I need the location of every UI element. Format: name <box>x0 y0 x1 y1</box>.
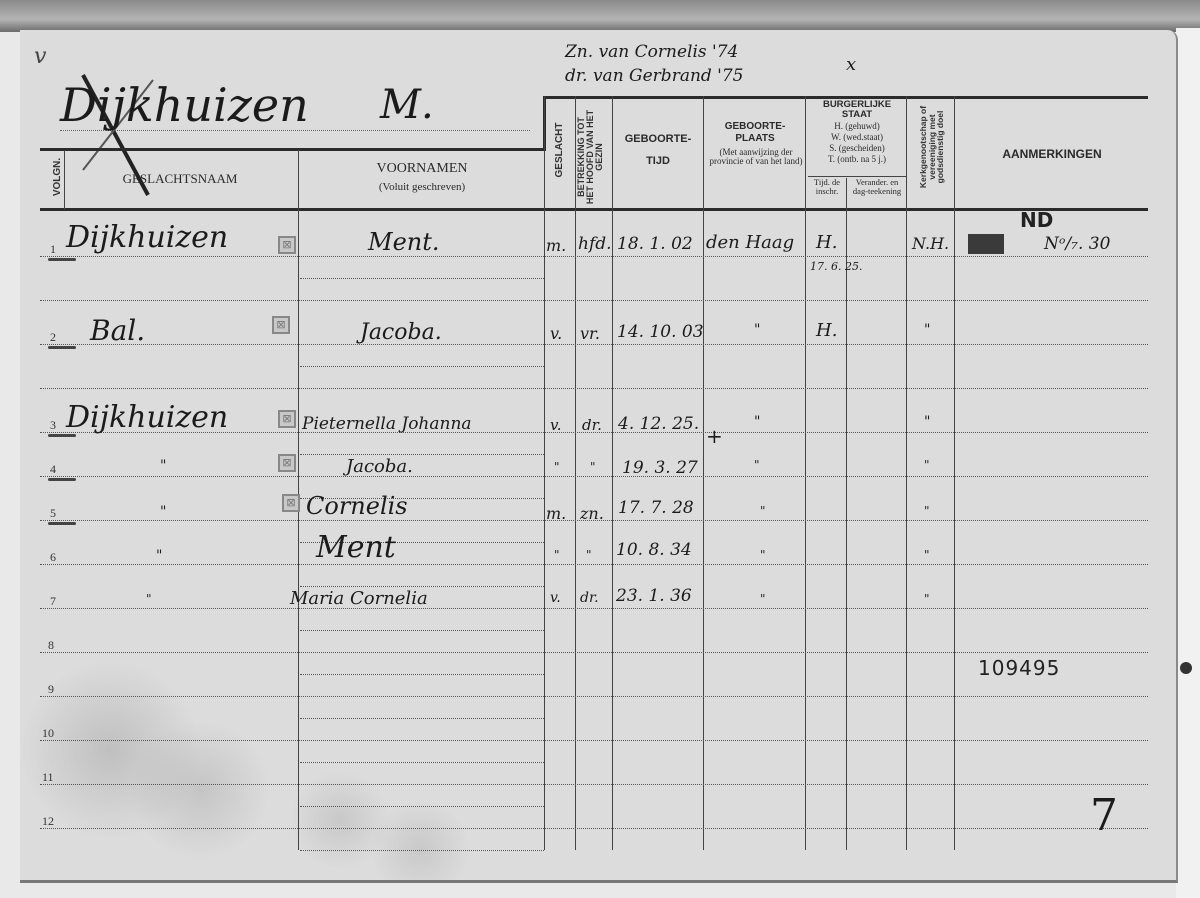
header-bs-t: T. (ontb. na 5 j.) <box>808 155 906 164</box>
row-subrule-12a <box>300 850 544 851</box>
header-bs-s: S. (gescheiden) <box>808 144 906 153</box>
cell-firstname: Ment <box>316 530 396 565</box>
cell-relation: zn. <box>580 504 604 523</box>
cell-sex: m. <box>546 236 566 255</box>
header-volgn: VOLGN. <box>53 147 63 207</box>
row-rule-7 <box>40 608 1148 609</box>
col-line-kerkgenootschap <box>954 96 955 850</box>
punch-hole-icon <box>1180 662 1192 674</box>
header-kerkgenootschap: Kerkgenootschap of vereeniging met godsd… <box>919 91 953 203</box>
header-geslacht: GESLACHT <box>555 115 565 185</box>
checked-box-icon: ⊠ <box>282 494 300 512</box>
top-note-line-1: Zn. van Cornelis '74 <box>565 42 738 62</box>
cell-birthplace: " <box>760 592 766 606</box>
header-geboortetijd-1: GEBOORTE- <box>614 134 702 146</box>
cell-religion: " <box>924 592 930 606</box>
checked-box-icon: ⊠ <box>278 236 296 254</box>
row-subrule-7a <box>300 630 544 631</box>
cell-relation: dr. <box>580 590 599 606</box>
cell-firstname: Jacoba. <box>346 456 413 477</box>
col-line-volgn <box>64 150 65 210</box>
header-aanmerkingen: AANMERKINGEN <box>956 148 1148 161</box>
header-voornamen: VOORNAMEN <box>300 162 544 177</box>
cell-sex: " <box>554 460 560 474</box>
col-line-bs-tijd <box>846 178 847 850</box>
cell-birthdate: 17. 7. 28 <box>618 498 694 518</box>
cell-surname: Dijkhuizen <box>66 220 228 255</box>
row-subrule-1a <box>300 278 544 279</box>
row-number-empty: 10 <box>42 726 54 741</box>
redacted-block <box>968 234 1004 254</box>
row-rule-4 <box>40 476 1148 477</box>
cell-sex: m. <box>546 504 566 523</box>
row-marker <box>48 258 76 261</box>
checked-box-icon: ⊠ <box>272 316 290 334</box>
cell-firstname: Ment. <box>368 228 440 256</box>
row-number-empty: 12 <box>42 814 54 829</box>
cell-birthplace: den Haag <box>706 232 794 253</box>
population-register-card: v Dijkhuizen M. Zn. van Cornelis '74 dr.… <box>20 30 1178 883</box>
scanner-top-edge <box>0 0 1200 32</box>
top-x-mark: x <box>846 54 856 75</box>
cell-birthplace: " <box>754 322 760 338</box>
row-number-empty: 8 <box>48 638 54 653</box>
cell-surname: " <box>156 548 162 564</box>
cell-birthplace: " <box>754 414 760 430</box>
cell-firstname: Jacoba. <box>360 320 442 345</box>
cell-birthdate: 14. 10. 03 <box>617 322 704 342</box>
archive-number-stamp: 109495 <box>978 656 1060 680</box>
cell-religion: " <box>924 458 930 472</box>
cell-firstname: Maria Cornelia <box>290 588 428 609</box>
left-check-mark: v <box>34 44 46 69</box>
header-voornamen-sub: (Voluit geschreven) <box>300 182 544 194</box>
header-bottom-rule <box>40 208 1148 211</box>
col-line-voornamen <box>544 96 545 850</box>
cell-birthdate: 18. 1. 02 <box>617 234 693 254</box>
cell-surname: " <box>160 504 166 520</box>
header-bs-h: H. (gehuwd) <box>808 122 906 131</box>
header-geboorteplaats-sub: (Met aanwijzing der provincie of van het… <box>708 148 804 167</box>
col-line-geboorteplaats <box>805 96 806 850</box>
header-bs-verander: Verander. en dag-teekening <box>848 178 906 196</box>
row-rule-8 <box>40 652 1148 653</box>
row-rule-2b <box>40 388 1148 389</box>
row-rule-1 <box>40 256 1148 257</box>
row-subrule-9a <box>300 718 544 719</box>
cell-birthdate: 19. 3. 27 <box>622 458 698 478</box>
row-number: 7 <box>50 594 56 609</box>
header-burgerlijke-staat: BURGERLIJKE STAAT <box>808 100 906 120</box>
row-subrule-3a <box>300 454 544 455</box>
row-subrule-8a <box>300 674 544 675</box>
cell-relation: " <box>590 460 596 474</box>
row-rule-2 <box>40 344 1148 345</box>
col-line-geboortetijd <box>703 96 704 850</box>
cross-mark: + <box>706 424 723 448</box>
cell-civil-change: 17. 6. 25. <box>810 260 862 273</box>
row-number: 1 <box>50 242 56 257</box>
cell-birthdate: 4. 12. 25. <box>618 414 699 434</box>
row-subrule-2a <box>300 366 544 367</box>
header-geboortetijd-2: TIJD <box>614 156 702 168</box>
row-rule-1b <box>40 300 1148 301</box>
row-number: 2 <box>50 330 56 345</box>
cell-religion: " <box>924 414 930 430</box>
cell-sex: v. <box>550 416 561 434</box>
row-number: 5 <box>50 506 56 521</box>
row-rule-11 <box>40 784 1148 785</box>
row-number: 6 <box>50 550 56 565</box>
row-marker <box>48 346 76 349</box>
cell-surname: " <box>160 458 166 474</box>
checked-box-icon: ⊠ <box>278 454 296 472</box>
row-subrule-11a <box>300 806 544 807</box>
row-rule-12 <box>40 828 1148 829</box>
row-subrule-10a <box>300 762 544 763</box>
corner-number: 7 <box>1090 790 1118 841</box>
card-initial-heading: M. <box>380 82 434 128</box>
row-subrule-6a <box>300 586 544 587</box>
heading-underline <box>60 130 530 131</box>
header-top-rule-left <box>40 148 546 151</box>
cell-religion: " <box>924 322 930 338</box>
col-line-burgerlijke-staat <box>906 96 907 850</box>
header-betrekking: BETREKKING TOT HET HOOFD VAN HET GEZIN <box>577 107 611 207</box>
checked-box-icon: ⊠ <box>278 410 296 428</box>
cell-birthplace: " <box>760 504 766 518</box>
col-line-geslacht <box>575 96 576 850</box>
cell-civil-status: H. <box>816 232 837 253</box>
cell-religion: N.H. <box>912 234 949 253</box>
cell-relation: hfd. <box>578 234 612 254</box>
row-rule-6 <box>40 564 1148 565</box>
header-geslachtsnaam: GESLACHTSNAAM <box>80 172 280 186</box>
row-rule-10 <box>40 740 1148 741</box>
cell-surname: Dijkhuizen <box>66 400 228 435</box>
nd-stamp: ND <box>1020 208 1053 232</box>
cell-firstname: Cornelis <box>306 492 408 520</box>
row-marker <box>48 478 76 481</box>
cell-surname: " <box>146 592 152 606</box>
cell-birthplace: " <box>754 458 760 472</box>
cell-remarks: Nᵒ/₇. 30 <box>1044 234 1110 254</box>
cell-civil-status: H. <box>816 320 837 341</box>
cell-religion: " <box>924 504 930 518</box>
cell-sex: v. <box>550 590 561 606</box>
col-line-betrekking <box>612 96 613 850</box>
cell-surname: Bal. <box>90 314 145 347</box>
row-number: 4 <box>50 462 56 477</box>
row-number: 3 <box>50 418 56 433</box>
row-marker <box>48 522 76 525</box>
cell-relation: " <box>586 548 592 562</box>
top-note-line-2: dr. van Gerbrand '75 <box>565 66 744 86</box>
cell-firstname: Pieternella Johanna <box>302 414 472 434</box>
cell-religion: " <box>924 548 930 562</box>
scanner-right-edge <box>1176 28 1200 898</box>
cell-birthplace: " <box>760 548 766 562</box>
card-surname-heading: Dijkhuizen <box>60 78 309 132</box>
cell-sex: " <box>554 548 560 562</box>
row-number-empty: 9 <box>48 682 54 697</box>
cell-relation: vr. <box>580 324 600 343</box>
row-number-empty: 11 <box>42 770 54 785</box>
header-bs-w: W. (wed.staat) <box>808 133 906 142</box>
cell-birthdate: 10. 8. 34 <box>616 540 692 560</box>
cell-birthdate: 23. 1. 36 <box>616 586 692 606</box>
header-geboorteplaats-2: PLAATS <box>706 134 804 145</box>
cell-sex: v. <box>550 324 562 343</box>
row-rule-9 <box>40 696 1148 697</box>
header-geboorteplaats-1: GEBOORTE- <box>706 122 804 133</box>
header-bs-tijd: Tijd. de inschr. <box>808 178 846 196</box>
cell-relation: dr. <box>582 416 602 434</box>
